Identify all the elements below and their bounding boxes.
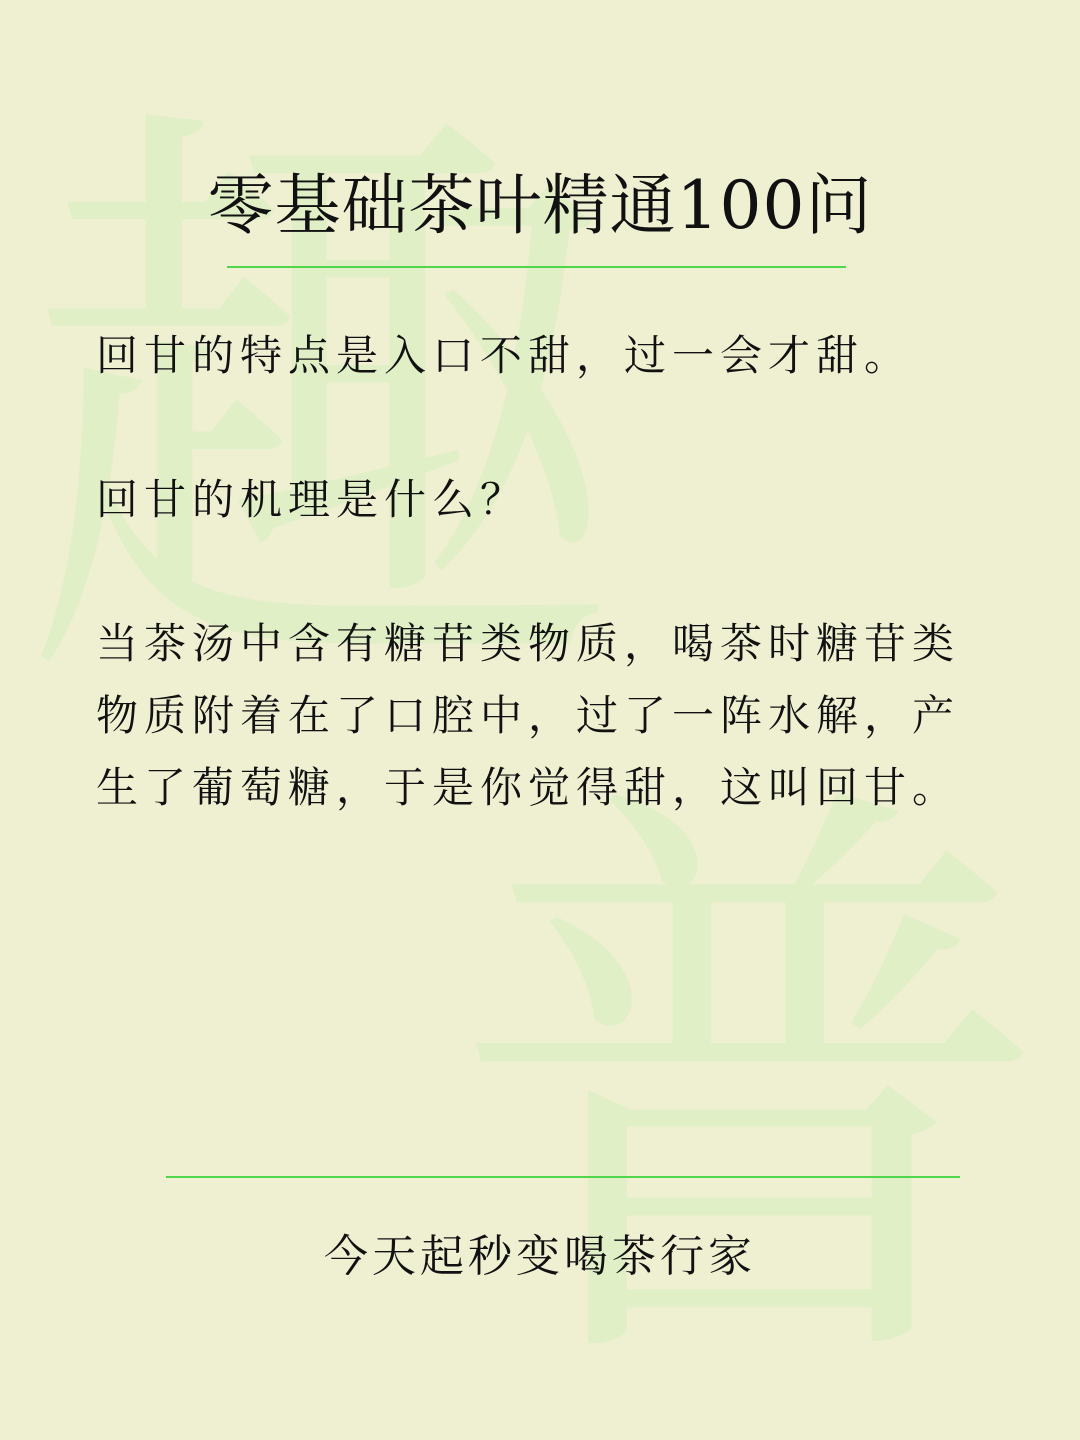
watermark-character-pu: 普 <box>450 790 1050 1390</box>
page-title: 零基础茶叶精通100问 <box>0 152 1080 247</box>
paragraph-explanation: 当茶汤中含有糖苷类物质，喝茶时糖苷类物质附着在了口腔中，过了一阵水解，产生了葡萄… <box>96 608 976 824</box>
title-divider <box>227 266 846 268</box>
paragraph-definition: 回甘的特点是入口不甜，过一会才甜。 <box>96 320 976 392</box>
footer-divider <box>166 1176 960 1178</box>
paragraph-question: 回甘的机理是什么？ <box>96 464 976 536</box>
footer-tagline: 今天起秒变喝茶行家 <box>0 1220 1080 1284</box>
